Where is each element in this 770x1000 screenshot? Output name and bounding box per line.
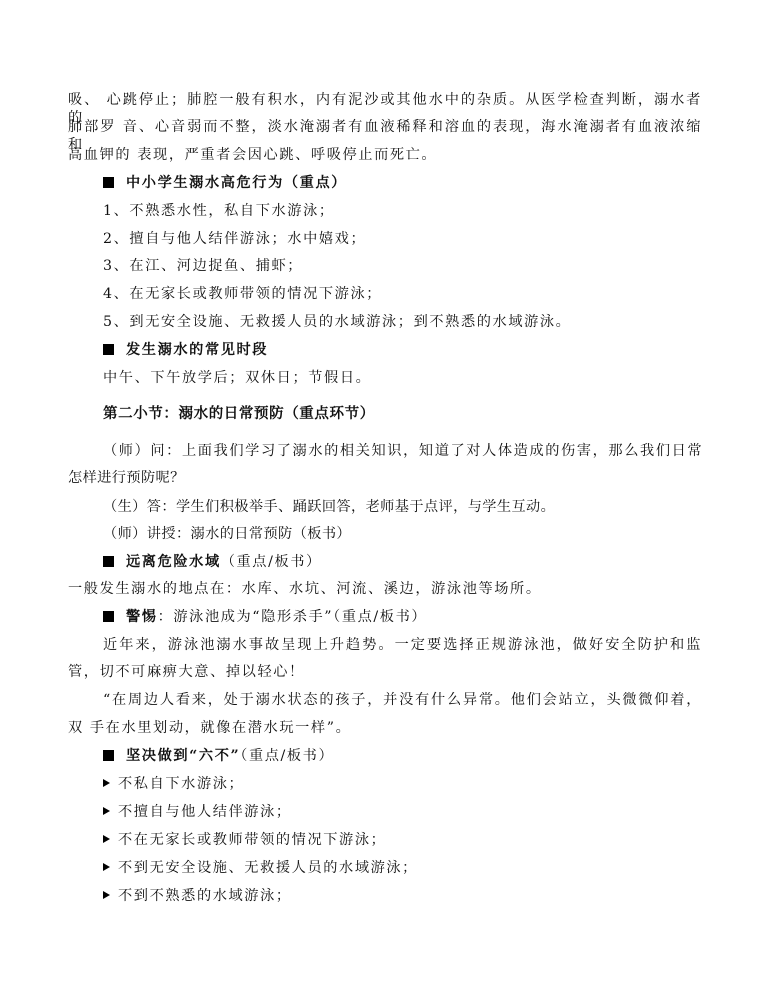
six-nots-item-3: 不在无家长或教师带领的情况下游泳； xyxy=(103,831,386,849)
high-risk-heading: 中小学生溺水高危行为（重点） xyxy=(103,174,347,192)
high-risk-item-1: 1、不熟悉水性，私自下水游泳； xyxy=(103,202,335,220)
high-risk-heading-text: 中小学生溺水高危行为（重点） xyxy=(126,175,347,191)
alert-paragraph1-line-2: 管，切不可麻痹大意、掉以轻心！ xyxy=(68,663,305,681)
triangle-right-icon xyxy=(103,863,110,871)
alert-paragraph1-line-1: 近年来，游泳池溺水事故呈现上升趋势。一定要选择正规游泳池，做好安全防护和监 xyxy=(68,636,702,654)
section2-title: 第二小节：溺水的日常预防（重点环节） xyxy=(103,405,375,423)
stay-away-heading: 远离危险水域（重点/板书） xyxy=(103,553,322,571)
teacher-question-line-1: （师）问：上面我们学习了溺水的相关知识，知道了对人体造成的伤害，那么我们日常 xyxy=(68,442,702,460)
teacher-question-line-2: 怎样进行预防呢？ xyxy=(68,469,185,487)
black-square-icon xyxy=(103,556,114,567)
six-nots-item-2: 不擅自与他人结伴游泳； xyxy=(103,803,292,821)
stay-away-heading-note: （重点/板书） xyxy=(221,554,322,570)
triangle-right-icon xyxy=(103,835,110,843)
alert-heading-rest: ：游泳池成为“隐形杀手”（重点/板书） xyxy=(158,609,428,625)
six-nots-item-text: 不私自下水游泳； xyxy=(118,776,244,792)
stay-away-heading-text: 远离危险水域 xyxy=(126,554,221,570)
six-nots-item-1: 不私自下水游泳； xyxy=(103,775,244,793)
high-risk-item-2: 2、擅自与他人结伴游泳；水中嬉戏； xyxy=(103,230,366,248)
intro-line-3: 高血钾的 表现，严重者会因心跳、呼吸停止而死亡。 xyxy=(68,146,437,164)
common-times-text: 中午、下午放学后；双休日；节假日。 xyxy=(103,369,371,387)
teacher-lecture: （师）讲授：溺水的日常预防（板书） xyxy=(103,525,351,543)
alert-paragraph2-line-1: “在周边人看来，处于溺水状态的孩子，并没有什么异常。他们会站立，头微微仰着， xyxy=(68,691,702,709)
triangle-right-icon xyxy=(103,891,110,899)
six-nots-item-text: 不在无家长或教师带领的情况下游泳； xyxy=(118,832,386,848)
alert-heading-bold: 警惕 xyxy=(126,609,158,625)
stay-away-text: 一般发生溺水的地点在：水库、水坑、河流、溪边，游泳池等场所。 xyxy=(68,580,542,598)
triangle-right-icon xyxy=(103,807,110,815)
black-square-icon xyxy=(103,611,114,622)
six-nots-heading-text: 坚决做到“六不” xyxy=(126,748,240,764)
black-square-icon xyxy=(103,177,114,188)
common-times-heading: 发生溺水的常见时段 xyxy=(103,341,268,359)
student-answer: （生）答：学生们积极举手、踊跃回答，老师基于点评，与学生互动。 xyxy=(103,498,555,516)
six-nots-heading: 坚决做到“六不”（重点/板书） xyxy=(103,747,334,765)
alert-heading: 警惕：游泳池成为“隐形杀手”（重点/板书） xyxy=(103,608,427,626)
alert-paragraph2-line-2: 双 手在水里划动，就像在潜水玩一样”。 xyxy=(68,719,351,737)
high-risk-item-5: 5、到无安全设施、无救援人员的水域游泳；到不熟悉的水域游泳。 xyxy=(103,313,571,331)
document-page: 吸、 心跳停止；肺腔一般有积水，内有泥沙或其他水中的杂质。从医学检查判断，溺水者… xyxy=(0,0,770,1000)
six-nots-item-text: 不擅自与他人结伴游泳； xyxy=(118,804,292,820)
six-nots-item-text: 不到不熟悉的水域游泳； xyxy=(118,888,292,904)
six-nots-heading-note: （重点/板书） xyxy=(240,748,334,764)
black-square-icon xyxy=(103,750,114,761)
six-nots-item-4: 不到无安全设施、无救援人员的水域游泳； xyxy=(103,859,418,877)
six-nots-item-5: 不到不熟悉的水域游泳； xyxy=(103,887,292,905)
high-risk-item-4: 4、在无家长或教师带领的情况下游泳； xyxy=(103,285,382,303)
high-risk-item-3: 3、在江、河边捉鱼、捕虾； xyxy=(103,257,303,275)
common-times-heading-text: 发生溺水的常见时段 xyxy=(126,342,268,358)
six-nots-item-text: 不到无安全设施、无救援人员的水域游泳； xyxy=(118,860,418,876)
triangle-right-icon xyxy=(103,779,110,787)
black-square-icon xyxy=(103,344,114,355)
